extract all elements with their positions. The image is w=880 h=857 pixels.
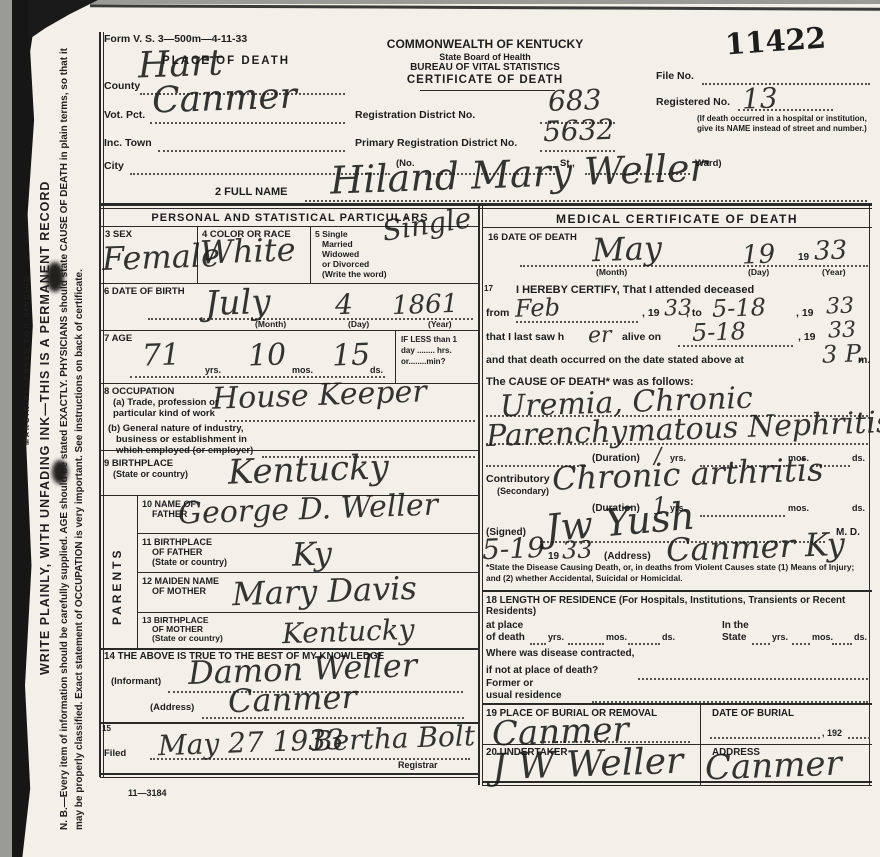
form-code: 11—3184	[128, 788, 167, 798]
undertaker-name-handwriting: J W Weller	[491, 741, 684, 789]
dob-label: 6 DATE OF BIRTH	[104, 286, 185, 297]
dotted-line	[752, 642, 770, 645]
rule	[100, 283, 480, 284]
mos-label: mos.	[292, 365, 313, 375]
filed-label: Filed	[104, 748, 126, 759]
rule	[482, 590, 872, 592]
ds-label: ds.	[370, 365, 383, 375]
dotted-line	[700, 514, 785, 517]
informant-label: (Informant)	[111, 676, 161, 687]
registered-no-label: Registered No.	[656, 96, 730, 108]
medical-section-title: MEDICAL CERTIFICATE OF DEATH	[482, 212, 872, 226]
ds-label: ds.	[852, 503, 865, 513]
rule	[310, 226, 311, 283]
if-less-label: or........min?	[401, 357, 445, 366]
dotted-line	[225, 419, 475, 422]
death-time-handwriting: 3 P.	[822, 339, 865, 368]
primary-registration-value: 5632	[542, 113, 614, 148]
state-label: State	[722, 632, 746, 643]
dotted-line	[150, 121, 345, 124]
death-occurred-label: and that death occurred on the date stat…	[486, 354, 744, 366]
mother-birthplace-handwriting: Kentucky	[281, 613, 415, 651]
date-of-death-label: 16 DATE OF DEATH	[488, 232, 577, 243]
sign-date-handwriting: 5-19	[481, 531, 545, 566]
dotted-line	[628, 642, 660, 645]
birthplace-label: 9 BIRTHPLACE	[104, 458, 173, 469]
mother-name-handwriting: Mary Davis	[231, 569, 417, 613]
certificate-underline	[420, 90, 555, 91]
age-label: 7 AGE	[104, 333, 132, 344]
marital-label: or Divorced	[322, 259, 369, 269]
alive-on-label: alive on	[622, 331, 661, 343]
former-residence-label: Former or	[486, 678, 533, 689]
attended-from-year-handwriting: 33	[664, 296, 693, 322]
form-left-border	[99, 32, 101, 777]
attended-to-year-handwriting: 33	[826, 294, 855, 320]
dotted-line	[530, 642, 546, 645]
printed-19: , 19	[796, 307, 814, 319]
race-value-handwriting: White	[199, 230, 296, 271]
death-year-handwriting: 33	[813, 235, 847, 266]
inc-town-label: Inc. Town	[104, 137, 152, 149]
death-month-handwriting: May	[591, 229, 662, 269]
occupation-a-label: particular kind of work	[113, 408, 215, 419]
dotted-line	[568, 642, 604, 645]
mos-label: mos.	[812, 632, 833, 642]
occupation-b-label: business or establishment in	[116, 434, 247, 445]
margin-permanent-record-note: WRITE PLAINLY, WITH UNFADING INK—THIS IS…	[38, 115, 52, 675]
occupation-label: 8 OCCUPATION	[104, 386, 174, 397]
printed-19: 19	[798, 252, 809, 263]
registered-no-value: 13	[741, 81, 778, 115]
burial-date-label: DATE OF BURIAL	[712, 708, 794, 719]
header-divider	[100, 203, 872, 206]
mother-birthplace-label: (State or country)	[152, 633, 223, 643]
of-death-label: of death	[486, 632, 525, 643]
mos-label: mos.	[788, 503, 809, 513]
file-no-label: File No.	[656, 70, 694, 82]
attended-from-handwriting: Feb	[515, 293, 561, 323]
informant-address-handwriting: Canmer	[227, 678, 357, 720]
primary-registration-label: Primary Registration District No.	[355, 137, 517, 149]
in-the-label: In the	[722, 620, 749, 631]
vot-pct-value-handwriting: Canmer	[151, 75, 297, 121]
dob-year-handwriting: 1861	[391, 289, 458, 321]
marital-label: 5 Single	[315, 229, 348, 239]
ds-label: ds.	[662, 632, 675, 642]
mother-name-label: 12 MAIDEN NAME	[142, 576, 219, 586]
sign-address-label: (Address)	[604, 551, 651, 562]
last-seen-date-handwriting: 5-18	[692, 317, 747, 347]
rule	[137, 612, 480, 613]
dotted-line	[158, 149, 345, 152]
bureau-heading: BUREAU OF VITAL STATISTICS	[355, 62, 615, 73]
ds-label: ds.	[854, 632, 867, 642]
rule	[482, 703, 872, 705]
informant-address-label: (Address)	[150, 702, 194, 713]
state-board-heading: State Board of Health	[355, 52, 615, 62]
age-years-handwriting: 71	[141, 337, 180, 373]
occupation-b-label: (b) General nature of industry,	[108, 423, 243, 434]
at-place-label: at place	[486, 620, 523, 631]
contributory-label: Contributory	[486, 473, 550, 485]
marital-label: Married	[322, 239, 353, 249]
year-label: (Year)	[822, 267, 846, 277]
father-birthplace-label: 11 BIRTHPLACE	[142, 537, 212, 547]
city-label: City	[104, 160, 124, 172]
header-divider-inner	[100, 208, 872, 209]
dob-month-handwriting: July	[204, 282, 271, 324]
margin-nb-note: N. B.—Every item of information should b…	[57, 35, 103, 830]
mos-label: mos.	[606, 632, 627, 642]
full-name-label: 2 FULL NAME	[215, 186, 288, 198]
parents-label: PARENTS	[110, 535, 124, 625]
yrs-label: yrs.	[205, 365, 221, 375]
marital-label: Widowed	[322, 249, 359, 259]
undertaker-address-handwriting: Canmer	[704, 744, 842, 789]
stamp-number: 11422	[724, 21, 827, 62]
father-birthplace-label: (State or country)	[152, 557, 227, 567]
birthplace-sublabel: (State or country)	[113, 469, 188, 479]
dotted-line	[702, 82, 870, 85]
last-saw-label: that I last saw h	[486, 331, 564, 343]
former-residence-label: usual residence	[486, 690, 562, 701]
pronoun-handwriting: er	[588, 323, 612, 349]
dotted-line	[832, 642, 852, 645]
commonwealth-heading: COMMONWEALTH OF KENTUCKY	[355, 37, 615, 51]
contracted-label: Where was disease contracted,	[486, 648, 634, 659]
from-label: from	[486, 307, 509, 319]
column-divider-inner	[482, 206, 483, 785]
burial-year-prefix: , 192	[822, 728, 842, 738]
vot-pct-label: Vot. Pct.	[104, 109, 145, 121]
residence-label: 18 LENGTH OF RESIDENCE (For Hospitals, I…	[486, 595, 870, 618]
year-label: (Year)	[428, 319, 452, 329]
birthplace-value-handwriting: Kentucky	[227, 447, 389, 493]
mother-name-label: OF MOTHER	[152, 586, 206, 596]
rule	[137, 533, 480, 534]
printed-19: 19	[548, 551, 559, 562]
secondary-label: (Secondary)	[497, 486, 549, 496]
dob-day-handwriting: 4	[334, 288, 353, 322]
registration-district-label: Registration District No.	[355, 109, 475, 121]
death-certificate-scan: MARGIN RESERVED FOR BINDING WRITE PLAINL…	[0, 0, 880, 857]
death-day-handwriting: 19	[741, 239, 775, 270]
father-birthplace-handwriting: Ky	[291, 534, 332, 573]
if-less-label: day ........ hrs.	[401, 346, 452, 355]
margin-binding-note: MARGIN RESERVED FOR BINDING	[24, 155, 31, 445]
dotted-line	[638, 677, 868, 680]
yrs-label: yrs.	[772, 632, 788, 642]
printed-19: , 19	[798, 331, 816, 343]
rule	[100, 330, 480, 331]
if-less-label: IF LESS than 1	[401, 335, 457, 344]
registrar-label: Registrar	[398, 760, 438, 770]
sign-address-handwriting: Canmer Ky	[665, 525, 845, 569]
dotted-line	[848, 736, 870, 739]
rule	[100, 777, 480, 778]
dotted-line	[792, 642, 810, 645]
sign-year-handwriting: 33	[562, 535, 594, 564]
county-label: County	[104, 80, 140, 92]
occupation-a-label: (a) Trade, profession or	[113, 397, 219, 408]
marital-label: (Write the word)	[322, 269, 387, 279]
yrs-label: yrs.	[548, 632, 564, 642]
contracted-label: if not at place of death?	[486, 665, 598, 676]
father-birthplace-label: OF FATHER	[152, 547, 202, 557]
age-months-handwriting: 10	[247, 337, 286, 373]
hospital-note: (If death occurred in a hospital or inst…	[697, 114, 873, 134]
ds-label: ds.	[852, 453, 865, 463]
occupation-value-handwriting: House Keeper	[211, 374, 427, 416]
registrar-name-handwriting: Bertha Bolt	[311, 719, 475, 758]
form-right-border	[869, 206, 870, 785]
rule	[482, 227, 872, 228]
age-days-handwriting: 15	[331, 337, 370, 373]
item17-number: 17	[484, 284, 493, 293]
item15-number: 15	[102, 724, 111, 733]
dotted-line	[710, 736, 820, 739]
printed-19: , 19	[642, 307, 660, 319]
rule	[100, 773, 480, 775]
